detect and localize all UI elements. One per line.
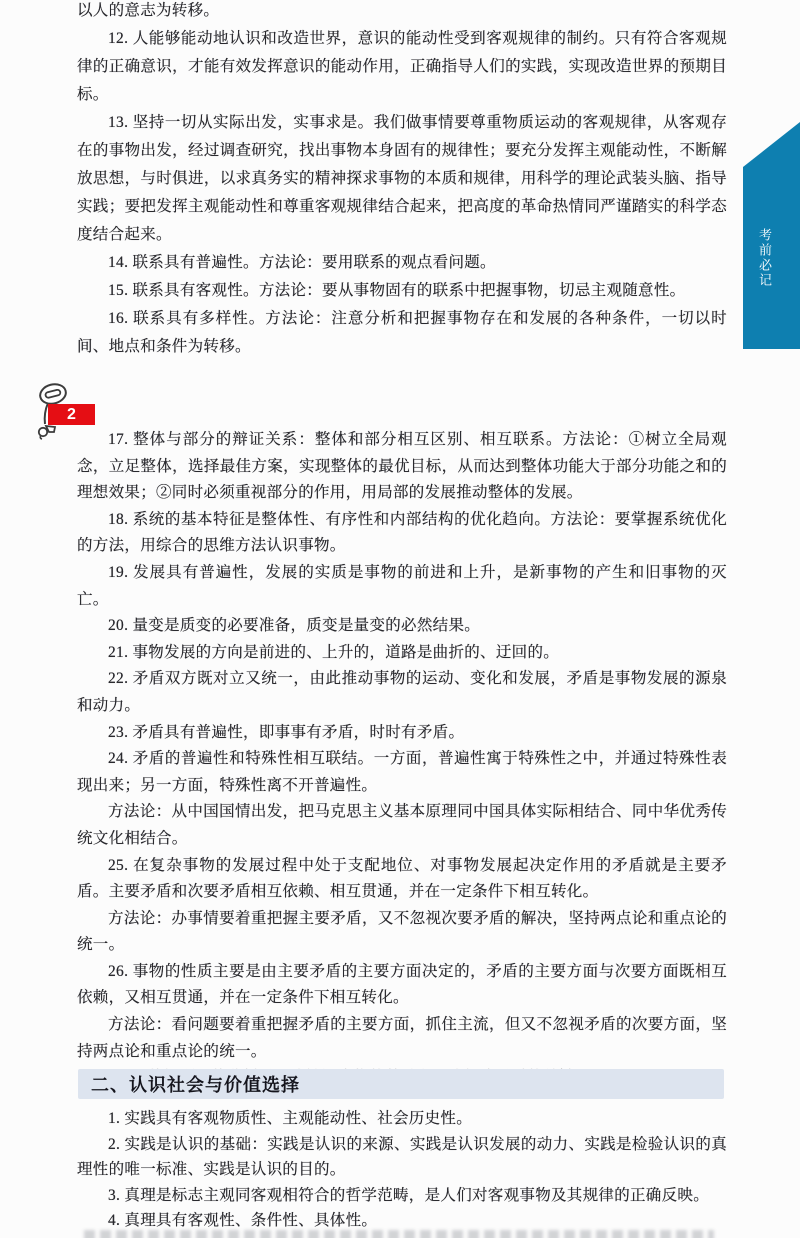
faint-partial-text-line [84,1230,714,1238]
paragraph-line: 1. 实践具有客观物质性、主观能动性、社会历史性。 [77,1106,727,1132]
paragraph-line: 方法论：看问题要着重把握矛盾的主要方面，抓住主流，但又不忽视矛盾的次要方面，坚持… [77,1012,727,1065]
paragraph-line: 12. 人能够能动地认识和改造世界，意识的能动性受到客观规律的制约。只有符合客观… [77,25,727,109]
paragraph-line: 以人的意志为转移。 [77,0,727,25]
page-number: 2 [67,407,76,423]
paragraph-line: 25. 在复杂事物的发展过程中处于支配地位、对事物发展起决定作用的矛盾就是主要矛… [77,853,727,906]
section-header-bar: 二、认识社会与价值选择 [78,1069,724,1099]
side-tab-exam-notes: 考前必记 [743,122,800,349]
paragraph-line: 23. 矛盾具有普遍性，即事事有矛盾，时时有矛盾。 [77,720,727,747]
paragraph-line: 21. 事物发展的方向是前进的、上升的，道路是曲折的、迂回的。 [77,640,727,667]
paragraph-line: 18. 系统的基本特征是整体性、有序性和内部结构的优化趋向。方法论：要掌握系统优… [77,507,727,560]
page-number-badge: 2 [48,404,95,425]
paragraph-block-middle: 17. 整体与部分的辩证关系：整体和部分相互区别、相互联系。方法论：①树立全局观… [77,427,727,1092]
paragraph-block-bottom: 1. 实践具有客观物质性、主观能动性、社会历史性。2. 实践是认识的基础：实践是… [77,1106,727,1234]
paragraph-line: 20. 量变是质变的必要准备，质变是量变的必然结果。 [77,613,727,640]
paragraph-line: 22. 矛盾双方既对立又统一，由此推动事物的运动、变化和发展，矛盾是事物发展的源… [77,666,727,719]
paragraph-line: 2. 实践是认识的基础：实践是认识的来源、实践是认识发展的动力、实践是检验认识的… [77,1132,727,1183]
paragraph-line: 方法论：办事情要着重把握主要矛盾，又不忽视次要矛盾的解决，坚持两点论和重点论的统… [77,906,727,959]
paragraph-line: 15. 联系具有客观性。方法论：要从事物固有的联系中把握事物，切忌主观随意性。 [77,277,727,305]
paragraph-line: 方法论：从中国国情出发，把马克思主义基本原理同中国具体实际相结合、同中华优秀传统… [77,799,727,852]
side-tab-label: 考前必记 [758,228,771,288]
paragraph-line: 13. 坚持一切从实际出发，实事求是。我们做事情要尊重物质运动的客观规律，从客观… [77,109,727,249]
paragraph-block-top: 以人的意志为转移。12. 人能够能动地认识和改造世界，意识的能动性受到客观规律的… [77,0,727,361]
paragraph-line: 26. 事物的性质主要是由主要矛盾的主要方面决定的，矛盾的主要方面与次要方面既相… [77,959,727,1012]
paragraph-line: 24. 矛盾的普遍性和特殊性相互联结。一方面，普遍性寓于特殊性之中，并通过特殊性… [77,746,727,799]
section-header-title: 二、认识社会与价值选择 [91,1071,300,1097]
paragraph-line: 17. 整体与部分的辩证关系：整体和部分相互区别、相互联系。方法论：①树立全局观… [77,427,727,507]
paragraph-line: 19. 发展具有普遍性，发展的实质是事物的前进和上升，是新事物的产生和旧事物的灭… [77,560,727,613]
paragraph-line: 14. 联系具有普遍性。方法论：要用联系的观点看问题。 [77,249,727,277]
paragraph-line: 16. 联系具有多样性。方法论：注意分析和把握事物存在和发展的各种条件，一切以时… [77,305,727,361]
scanned-book-page: 以人的意志为转移。12. 人能够能动地认识和改造世界，意识的能动性受到客观规律的… [0,0,800,1238]
paragraph-line: 3. 真理是标志主观同客观相符合的哲学范畴，是人们对客观事物及其规律的正确反映。 [77,1183,727,1209]
